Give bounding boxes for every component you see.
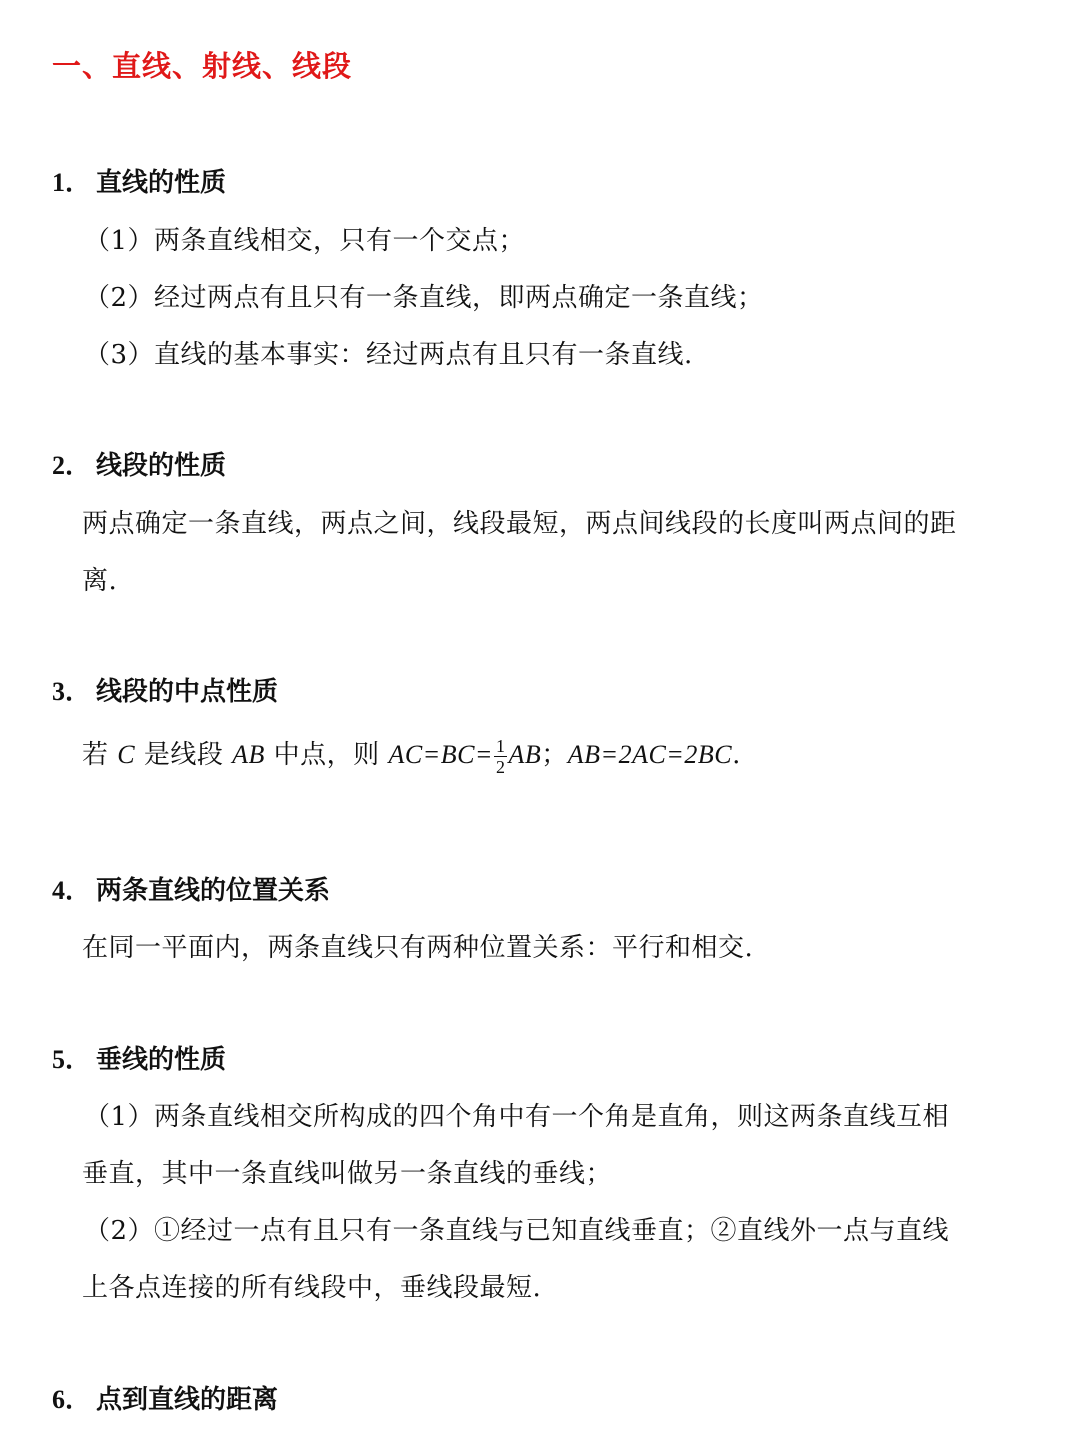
chapter-title: 一、直线、射线、线段 xyxy=(52,44,352,85)
text-line: （1）两条直线相交所构成的四个角中有一个角是直角，则这两条直线互相 xyxy=(84,1096,949,1133)
text-line: （2）①经过一点有且只有一条直线与已知直线垂直；②直线外一点与直线 xyxy=(84,1210,949,1247)
text-line: （1）两条直线相交，只有一个交点； xyxy=(84,220,525,257)
text-line: 两点确定一条直线，两点之间，线段最短，两点间线段的长度叫两点间的距 xyxy=(82,503,957,540)
section-heading: 4．两条直线的位置关系 xyxy=(52,870,330,907)
section-heading: 2．线段的性质 xyxy=(52,445,226,482)
midpoint-formula: 若 C 是线段 AB 中点，则 AC=BC=12AB；AB=2AC=2BC. xyxy=(82,734,741,777)
text-line: 上各点连接的所有线段中，垂线段最短. xyxy=(82,1267,541,1304)
section-heading: 6．点到直线的距离 xyxy=(52,1379,278,1416)
text-line: 在同一平面内，两条直线只有两种位置关系：平行和相交. xyxy=(82,927,753,964)
text-line: 离. xyxy=(82,560,117,597)
fraction-one-half: 12 xyxy=(494,736,508,777)
section-heading: 5．垂线的性质 xyxy=(52,1039,226,1076)
section-heading: 1．直线的性质 xyxy=(52,162,226,199)
text-line: （2）经过两点有且只有一条直线，即两点确定一条直线； xyxy=(84,277,764,314)
text-line: （3）直线的基本事实：经过两点有且只有一条直线. xyxy=(84,334,693,371)
text-line: 垂直，其中一条直线叫做另一条直线的垂线； xyxy=(82,1153,612,1190)
section-heading: 3．线段的中点性质 xyxy=(52,671,278,708)
